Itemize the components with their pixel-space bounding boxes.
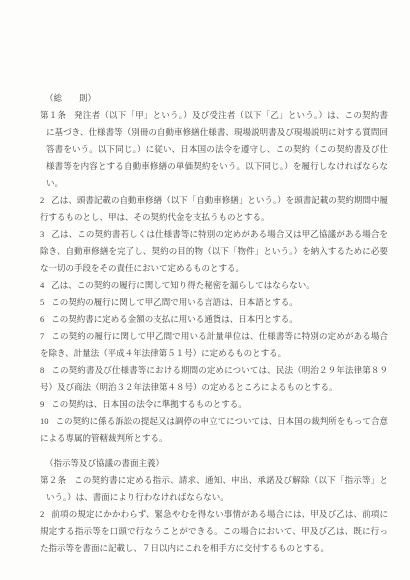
paragraph-text: この契約に係る訴訟の提起又は調停の申立てについては、日本国の裁判所をもって合意に…: [40, 416, 388, 443]
paragraph-number: 8: [40, 365, 44, 375]
paragraph-text: 前項の規定にかかわらず、緊急やむを得ない事情がある場合には、甲及び乙は、前項に規…: [40, 509, 388, 553]
paragraph-number: 9: [40, 399, 44, 409]
article-1-paragraph-10: 10この契約に係る訴訟の提起又は調停の申立てについては、日本国の裁判所をもって合…: [40, 413, 388, 447]
paragraph-number: 6: [40, 314, 44, 324]
article-1-paragraph-3: 3乙は、この契約書若しくは仕様書等に特別の定めがある場合又は甲乙協議がある場合を…: [40, 226, 388, 277]
paragraph-text: この契約書に定める指示、請求、通知、申出、承諾及び解除（以下「指示等」という。）…: [46, 475, 388, 502]
article-number: 第１条: [40, 110, 66, 120]
paragraph-text: この契約の履行に関して甲乙間で用いる言語は、日本語とする。: [51, 297, 298, 307]
paragraph-number: 3: [40, 229, 44, 239]
section-written-form-principle: （指示等及び協議の書面主義） 第２条この契約書に定める指示、請求、通知、申出、承…: [40, 455, 388, 557]
paragraph-text: この契約は、日本国の法令に準拠するものとする。: [51, 399, 247, 409]
paragraph-text: 乙は、この契約書若しくは仕様書等に特別の定めがある場合又は甲乙協議がある場合を除…: [40, 229, 388, 273]
article-1-paragraph-5: 5この契約の履行に関して甲乙間で用いる言語は、日本語とする。: [40, 294, 388, 311]
paragraph-text: この契約書に定める金額の支払に用いる通貨は、日本円とする。: [51, 314, 298, 324]
paragraph-text: 乙は、頭書記載の自動車修繕（以下「自動車修繕」という。）を頭書記載の契約期間中履…: [40, 195, 388, 222]
article-1-paragraph-8: 8この契約書及び仕様書等における期間の定めについては、民法（明治２９年法律第８９…: [40, 362, 388, 396]
paragraph-text: この契約書及び仕様書等における期間の定めについては、民法（明治２９年法律第８９号…: [40, 365, 388, 392]
article-1-paragraph-1: 第１条発注者（以下「甲」という。）及び受注者（以下「乙」という。）は、この契約書…: [40, 107, 388, 192]
paragraph-number: 2: [40, 195, 44, 205]
article-1-paragraph-6: 6この契約書に定める金額の支払に用いる通貨は、日本円とする。: [40, 311, 388, 328]
paragraph-number: 4: [40, 280, 44, 290]
paragraph-number: 2: [40, 509, 44, 519]
paragraph-number: 10: [40, 416, 49, 426]
article-1-paragraph-4: 4乙は、この契約の履行に関して知り得た秘密を漏らしてはならない。: [40, 277, 388, 294]
paragraph-text: 乙は、この契約の履行に関して知り得た秘密を漏らしてはならない。: [51, 280, 315, 290]
article-number: 第２条: [40, 475, 66, 485]
section-heading: （総 則）: [45, 90, 388, 107]
paragraph-number: 7: [40, 331, 44, 341]
article-1-paragraph-7: 7この契約の履行に関して甲乙間で用いる計量単位は、仕様書等に特別の定めがある場合…: [40, 328, 388, 362]
article-2-paragraph-1: 第２条この契約書に定める指示、請求、通知、申出、承諾及び解除（以下「指示等」とい…: [40, 472, 388, 506]
section-general-provisions: （総 則） 第１条発注者（以下「甲」という。）及び受注者（以下「乙」という。）は…: [40, 90, 388, 447]
paragraph-text: この契約の履行に関して甲乙間で用いる計量単位は、仕様書等に特別の定めがある場合を…: [40, 331, 388, 358]
paragraph-number: 5: [40, 297, 44, 307]
contract-document-page: （総 則） 第１条発注者（以下「甲」という。）及び受注者（以下「乙」という。）は…: [0, 0, 410, 580]
article-1-paragraph-9: 9この契約は、日本国の法令に準拠するものとする。: [40, 396, 388, 413]
paragraph-text: 発注者（以下「甲」という。）及び受注者（以下「乙」という。）は、この契約書に基づ…: [46, 110, 388, 188]
article-1-paragraph-2: 2乙は、頭書記載の自動車修繕（以下「自動車修繕」という。）を頭書記載の契約期間中…: [40, 192, 388, 226]
article-2-paragraph-2: 2前項の規定にかかわらず、緊急やむを得ない事情がある場合には、甲及び乙は、前項に…: [40, 506, 388, 557]
section-heading: （指示等及び協議の書面主義）: [45, 455, 388, 472]
